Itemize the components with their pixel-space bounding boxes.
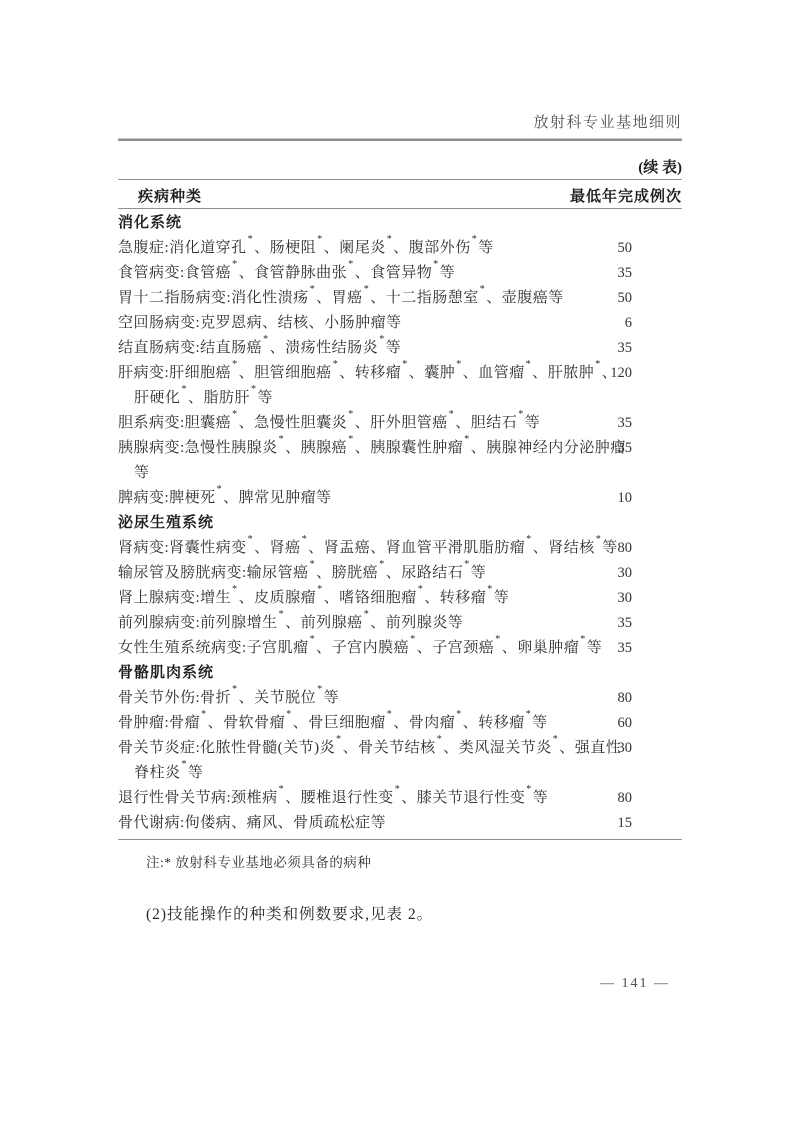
disease-cell: 食管病变:食管癌*、食管静脉曲张*、食管异物*等 xyxy=(118,261,628,286)
count-cell: 35 xyxy=(618,261,633,286)
disease-cell: 肾病变:肾囊性病变*、肾癌*、肾盂癌、肾血管平滑肌脂肪瘤*、肾结核*等 xyxy=(118,536,628,561)
table-top-rule xyxy=(118,138,682,141)
table-row: 食管病变:食管癌*、食管静脉曲张*、食管异物*等 35 xyxy=(118,261,682,286)
count-cell: 35 xyxy=(618,336,633,361)
column-header-disease: 疾病种类 xyxy=(118,185,202,206)
running-head: 放射科专业基地细则 xyxy=(118,111,682,132)
header-rule-bottom xyxy=(118,208,682,209)
table-row: 胰腺病变:急慢性胰腺炎*、胰腺癌*、胰腺囊性肿瘤*、胰腺神经内分泌肿瘤等 35 xyxy=(118,436,682,486)
table-row: 退行性骨关节病:颈椎病*、腰椎退行性变*、膝关节退行性变*等 80 xyxy=(118,786,682,811)
table-row: 结直肠病变:结直肠癌*、溃疡性结肠炎*等 35 xyxy=(118,336,682,361)
count-cell: 30 xyxy=(618,586,633,611)
table-row: 骨代谢病:佝偻病、痛风、骨质疏松症等 15 xyxy=(118,811,682,836)
count-cell: 10 xyxy=(618,486,633,511)
disease-cell: 结直肠病变:结直肠癌*、溃疡性结肠炎*等 xyxy=(118,336,628,361)
count-cell: 50 xyxy=(618,286,633,311)
count-cell: 30 xyxy=(618,561,633,586)
disease-cell: 肾上腺病变:增生*、皮质腺瘤*、嗜铬细胞瘤*、转移瘤*等 xyxy=(118,586,628,611)
document-page: 放射科专业基地细则 (续 表) 疾病种类 最低年完成例次 消化系统 急腹症:消化… xyxy=(0,0,800,1131)
page-number: — 141 — xyxy=(118,976,670,992)
table-row: 前列腺病变:前列腺增生*、前列腺癌*、前列腺炎等 35 xyxy=(118,611,682,636)
body-paragraph: (2)技能操作的种类和例数要求,见表 2。 xyxy=(118,902,682,927)
count-cell: 35 xyxy=(618,436,633,461)
section-title: 消化系统 xyxy=(118,211,628,236)
disease-cell: 急腹症:消化道穿孔*、肠梗阻*、阑尾炎*、腹部外伤*等 xyxy=(118,236,628,261)
disease-cell: 骨关节外伤:骨折*、关节脱位*等 xyxy=(118,686,628,711)
disease-cell: 骨关节炎症:化脓性骨髓(关节)炎*、骨关节结核*、类风湿关节炎*、强直性脊柱炎*… xyxy=(118,736,628,786)
count-cell: 35 xyxy=(618,636,633,661)
table-row: 胃十二指肠病变:消化性溃疡*、胃癌*、十二指肠憩室*、壶腹癌等 50 xyxy=(118,286,682,311)
disease-cell: 前列腺病变:前列腺增生*、前列腺癌*、前列腺炎等 xyxy=(118,611,628,636)
disease-cell: 骨肿瘤:骨瘤*、骨软骨瘤*、骨巨细胞瘤*、骨肉瘤*、转移瘤*等 xyxy=(118,711,628,736)
table-row: 急腹症:消化道穿孔*、肠梗阻*、阑尾炎*、腹部外伤*等 50 xyxy=(118,236,682,261)
count-cell: 80 xyxy=(618,686,633,711)
count-cell: 60 xyxy=(618,711,633,736)
table-row: 肾病变:肾囊性病变*、肾癌*、肾盂癌、肾血管平滑肌脂肪瘤*、肾结核*等 80 xyxy=(118,536,682,561)
table-row: 空回肠病变:克罗恩病、结核、小肠肿瘤等 6 xyxy=(118,311,682,336)
table-row: 骨关节外伤:骨折*、关节脱位*等 80 xyxy=(118,686,682,711)
disease-cell: 输尿管及膀胱病变:输尿管癌*、膀胱癌*、尿路结石*等 xyxy=(118,561,628,586)
section-header-row: 骨骼肌肉系统 xyxy=(118,661,682,686)
table-row: 骨关节炎症:化脓性骨髓(关节)炎*、骨关节结核*、类风湿关节炎*、强直性脊柱炎*… xyxy=(118,736,682,786)
count-cell: 120 xyxy=(610,361,632,386)
table-row: 肾上腺病变:增生*、皮质腺瘤*、嗜铬细胞瘤*、转移瘤*等 30 xyxy=(118,586,682,611)
count-cell: 35 xyxy=(618,611,633,636)
section-header-row: 消化系统 xyxy=(118,211,682,236)
table-row: 脾病变:脾梗死*、脾常见肿瘤等 10 xyxy=(118,486,682,511)
table-row: 肝病变:肝细胞癌*、胆管细胞癌*、转移瘤*、囊肿*、血管瘤*、肝脓肿*、肝硬化*… xyxy=(118,361,682,411)
count-cell: 80 xyxy=(618,786,633,811)
disease-cell: 骨代谢病:佝偻病、痛风、骨质疏松症等 xyxy=(118,811,628,836)
disease-cell: 退行性骨关节病:颈椎病*、腰椎退行性变*、膝关节退行性变*等 xyxy=(118,786,628,811)
disease-cell: 脾病变:脾梗死*、脾常见肿瘤等 xyxy=(118,486,628,511)
disease-cell: 胰腺病变:急慢性胰腺炎*、胰腺癌*、胰腺囊性肿瘤*、胰腺神经内分泌肿瘤等 xyxy=(118,436,628,486)
disease-cell: 空回肠病变:克罗恩病、结核、小肠肿瘤等 xyxy=(118,311,628,336)
table-row: 女性生殖系统病变:子宫肌瘤*、子宫内膜癌*、子宫颈癌*、卵巢肿瘤*等 35 xyxy=(118,636,682,661)
count-cell: 80 xyxy=(618,536,633,561)
section-title: 骨骼肌肉系统 xyxy=(118,661,628,686)
column-header-min-cases: 最低年完成例次 xyxy=(570,185,682,206)
table-row: 胆系病变:胆囊癌*、急慢性胆囊炎*、肝外胆管癌*、胆结石*等 35 xyxy=(118,411,682,436)
table-row: 骨肿瘤:骨瘤*、骨软骨瘤*、骨巨细胞瘤*、骨肉瘤*、转移瘤*等 60 xyxy=(118,711,682,736)
table-body: 消化系统 急腹症:消化道穿孔*、肠梗阻*、阑尾炎*、腹部外伤*等 50 食管病变… xyxy=(118,211,682,927)
table-column-header: 疾病种类 最低年完成例次 xyxy=(118,185,682,206)
table-bottom-rule xyxy=(118,839,682,840)
disease-cell: 女性生殖系统病变:子宫肌瘤*、子宫内膜癌*、子宫颈癌*、卵巢肿瘤*等 xyxy=(118,636,628,661)
count-cell: 30 xyxy=(618,736,633,761)
count-cell: 35 xyxy=(618,411,633,436)
disease-cell: 胃十二指肠病变:消化性溃疡*、胃癌*、十二指肠憩室*、壶腹癌等 xyxy=(118,286,628,311)
disease-cell: 胆系病变:胆囊癌*、急慢性胆囊炎*、肝外胆管癌*、胆结石*等 xyxy=(118,411,628,436)
count-cell: 50 xyxy=(618,236,633,261)
section-title: 泌尿生殖系统 xyxy=(118,511,628,536)
table-row: 输尿管及膀胱病变:输尿管癌*、膀胱癌*、尿路结石*等 30 xyxy=(118,561,682,586)
disease-cell: 肝病变:肝细胞癌*、胆管细胞癌*、转移瘤*、囊肿*、血管瘤*、肝脓肿*、肝硬化*… xyxy=(118,361,628,411)
count-cell: 6 xyxy=(625,311,632,336)
table-continued-label: (续 表) xyxy=(118,156,682,177)
header-rule xyxy=(118,179,682,180)
count-cell: 15 xyxy=(618,811,633,836)
section-header-row: 泌尿生殖系统 xyxy=(118,511,682,536)
table-note: 注:* 放射科专业基地必须具备的病种 xyxy=(118,850,682,875)
